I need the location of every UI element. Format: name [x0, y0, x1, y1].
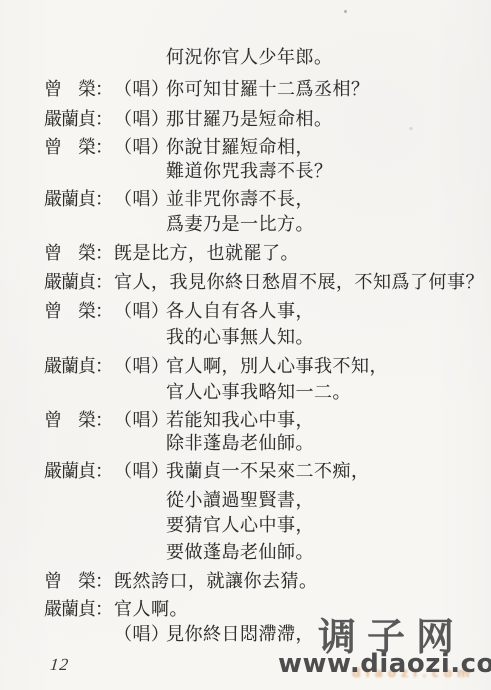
line-text: 若能知我心中事， — [166, 410, 314, 430]
line-text: 各人自有各人事， — [166, 301, 314, 321]
dialogue-line: 官人心事我略知一二。 — [44, 382, 351, 403]
page-number: 12 — [49, 655, 70, 675]
line-text: 你說甘羅短命相， — [166, 137, 314, 157]
speaker-name: 嚴蘭貞： — [44, 599, 114, 620]
dialogue-line: 曾 榮：（唱）你說甘羅短命相， — [44, 137, 314, 158]
sung-tag: （唱） — [114, 410, 166, 431]
speaker-name: 嚴蘭貞： — [44, 109, 114, 130]
speaker-name: 嚴蘭貞： — [44, 189, 114, 210]
dialogue-line: 嚴蘭貞：官人，我見你終日愁眉不展，不知爲了何事？ — [44, 272, 484, 293]
dialogue-line: 曾 榮：（唱）各人自有各人事， — [44, 301, 314, 322]
speaker-name: 曾 榮： — [44, 410, 114, 431]
watermark-site-url: www.diaozi.com — [278, 649, 491, 679]
sung-tag: （唱） — [114, 109, 166, 130]
line-text: 你可知甘羅十二爲丞相？ — [166, 79, 370, 99]
speaker-name: 嚴蘭貞： — [44, 461, 114, 482]
line-text: 爲妻乃是一比方。 — [166, 214, 314, 234]
line-text: 要猜官人心中事， — [166, 515, 314, 535]
sung-tag: （唱） — [114, 461, 166, 482]
speaker-name: 嚴蘭貞： — [44, 272, 114, 293]
speaker-name: 曾 榮： — [44, 137, 114, 158]
line-text: 並非咒你壽不長， — [166, 189, 314, 209]
dialogue-line: 嚴蘭貞：官人啊。 — [44, 599, 188, 620]
dialogue-line: 曾 榮：（唱）若能知我心中事， — [44, 410, 314, 431]
dialogue-line: 難道你咒我壽不長？ — [44, 161, 333, 182]
line-text: 除非蓬島老仙師。 — [166, 433, 314, 453]
sung-tag: （唱） — [114, 624, 166, 645]
line-text: 從小讀過聖賢書， — [166, 490, 314, 510]
line-text: 要做蓬島老仙師。 — [166, 542, 314, 562]
line-text: 那甘羅乃是短命相。 — [166, 109, 333, 129]
dialogue-line: 除非蓬島老仙師。 — [44, 433, 314, 454]
line-text: 官人心事我略知一二。 — [166, 382, 351, 402]
sung-tag: （唱） — [114, 356, 166, 377]
speaker-name: 曾 榮： — [44, 571, 114, 592]
speaker-name: 曾 榮： — [44, 243, 114, 264]
speaker-name: 曾 榮： — [44, 79, 114, 100]
dialogue-line: 曾 榮：（唱）你可知甘羅十二爲丞相？ — [44, 79, 370, 100]
line-text: 難道你咒我壽不長？ — [166, 161, 333, 181]
line-text: 我的心事無人知。 — [166, 327, 314, 347]
line-text: 我蘭貞一不呆來二不痴， — [166, 461, 370, 481]
line-text: 旣然誇口，就讓你去猜。 — [114, 571, 318, 591]
dialogue-line: 嚴蘭貞：（唱）官人啊，別人心事我不知， — [44, 356, 388, 377]
dialogue-line: 從小讀過聖賢書， — [44, 490, 314, 511]
speaker-name: 曾 榮： — [44, 301, 114, 322]
dialogue-line: 嚴蘭貞：（唱）並非咒你壽不長， — [44, 189, 314, 210]
dialogue-line: 何況你官人少年郎。 — [44, 47, 333, 68]
line-text: 見你終日悶滯滯， — [166, 624, 314, 644]
scan-speck — [409, 127, 413, 130]
dialogue-line: 我的心事無人知。 — [44, 327, 314, 348]
line-text: 官人，我見你終日愁眉不展，不知爲了何事？ — [114, 272, 484, 292]
dialogue-line: 爲妻乃是一比方。 — [44, 214, 314, 235]
scanned-script-page: 何況你官人少年郎。 曾 榮：（唱）你可知甘羅十二爲丞相？ 嚴蘭貞：（唱）那甘羅乃… — [0, 0, 491, 690]
line-text: 官人啊。 — [114, 599, 188, 619]
line-text: 旣是比方，也就罷了。 — [114, 243, 299, 263]
dialogue-line: 要猜官人心中事， — [44, 515, 314, 536]
dialogue-line: （唱）見你終日悶滯滯， — [44, 624, 314, 645]
sung-tag: （唱） — [114, 79, 166, 100]
dialogue-line: 嚴蘭貞：（唱）那甘羅乃是短命相。 — [44, 109, 333, 130]
sung-tag: （唱） — [114, 137, 166, 158]
line-text: 何況你官人少年郎。 — [166, 47, 333, 67]
dialogue-line: 嚴蘭貞：（唱）我蘭貞一不呆來二不痴， — [44, 461, 370, 482]
dialogue-line: 曾 榮：旣然誇口，就讓你去猜。 — [44, 571, 318, 592]
sung-tag: （唱） — [114, 301, 166, 322]
line-text: 官人啊，別人心事我不知， — [166, 356, 388, 376]
dialogue-line: 要做蓬島老仙師。 — [44, 542, 314, 563]
speaker-name: 嚴蘭貞： — [44, 356, 114, 377]
sung-tag: （唱） — [114, 189, 166, 210]
scan-speck — [344, 10, 347, 13]
dialogue-line: 曾 榮：旣是比方，也就罷了。 — [44, 243, 299, 264]
